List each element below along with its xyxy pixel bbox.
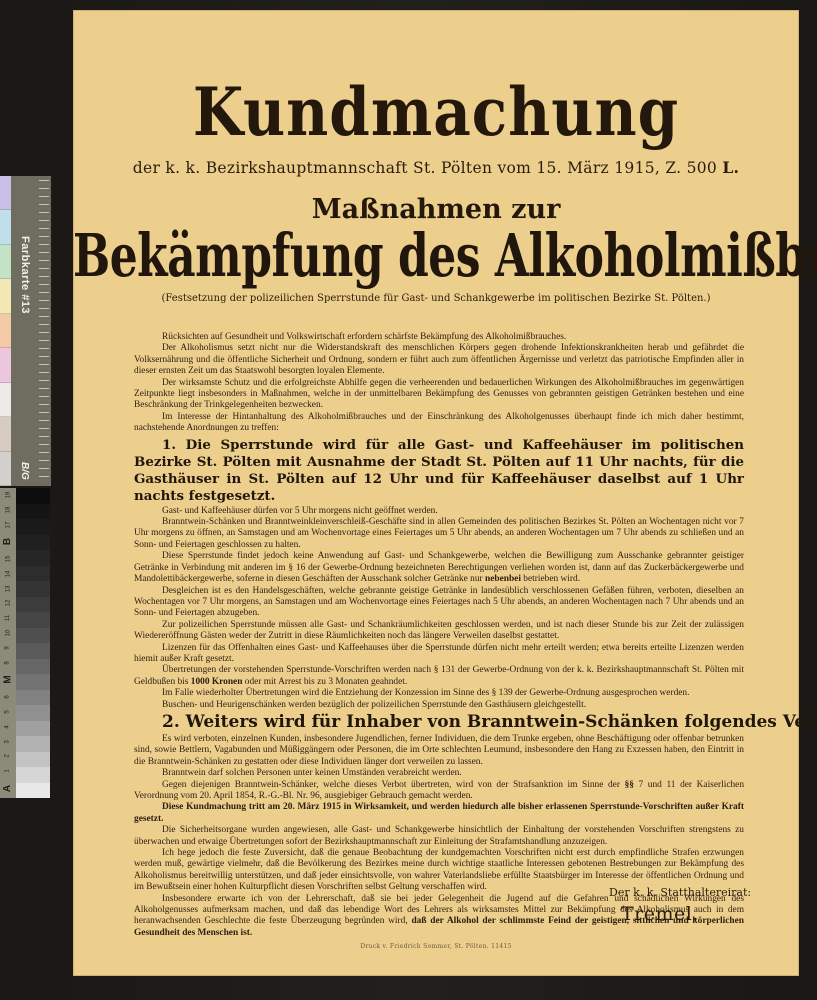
gray-step-label: 14 bbox=[5, 571, 11, 578]
gray-step bbox=[16, 581, 50, 597]
document-body: Rücksichten auf Gesundheit und Volkswirt… bbox=[134, 332, 744, 939]
color-swatch bbox=[0, 348, 11, 382]
color-swatch bbox=[0, 383, 11, 417]
issuer-text: der k. k. Bezirkshauptmannschaft St. Pöl… bbox=[133, 159, 717, 177]
intro-paragraph: Der Alkoholismus setzt nicht nur die Wid… bbox=[134, 343, 744, 377]
gray-step bbox=[16, 519, 50, 535]
gray-step bbox=[16, 721, 50, 737]
intro-paragraph: Der wirksamste Schutz und die erfolgreic… bbox=[134, 378, 744, 412]
gray-step bbox=[16, 535, 50, 551]
color-swatch bbox=[0, 279, 11, 313]
gray-step-label: 17 bbox=[5, 521, 11, 528]
gray-step-label: 15 bbox=[5, 556, 11, 563]
fine-amount: 1000 Kronen bbox=[191, 677, 243, 687]
gray-step bbox=[16, 628, 50, 644]
gray-step bbox=[16, 488, 50, 504]
gray-step bbox=[16, 783, 50, 799]
gray-step bbox=[16, 752, 50, 768]
gray-step-label: 3 bbox=[5, 740, 11, 743]
color-calibration-chart: Farbkarte #13 B/G 191817B15141312111098M… bbox=[0, 176, 51, 798]
gray-step bbox=[16, 674, 50, 690]
section-2-heading: 2. Weiters wird für Inhaber von Branntwe… bbox=[134, 712, 744, 732]
section-2-paragraph: Es wird verboten, einzelnen Kunden, insb… bbox=[134, 734, 744, 768]
gray-step bbox=[16, 736, 50, 752]
gray-step bbox=[16, 643, 50, 659]
section-1-paragraph: Zur polizeilichen Sperrstunde müssen all… bbox=[134, 620, 744, 643]
gray-step bbox=[16, 566, 50, 582]
signature: Tremel. bbox=[621, 903, 699, 925]
gray-step bbox=[16, 504, 50, 520]
gray-step-label: 8 bbox=[5, 661, 11, 664]
color-swatch bbox=[0, 210, 11, 244]
color-swatch bbox=[0, 417, 11, 451]
gray-step-label: 2 bbox=[5, 755, 11, 758]
color-swatch bbox=[0, 245, 11, 279]
effective-date-text: Diese Kundmachung tritt am 20. März 1915… bbox=[134, 802, 744, 823]
text-run: Gegen diejenigen Branntwein-Schänker, we… bbox=[162, 780, 620, 790]
text-run: betrieben wird. bbox=[523, 574, 580, 584]
gray-step-label: 10 bbox=[5, 630, 11, 637]
section-1-paragraph: Buschen- und Heurigenschänken werden bez… bbox=[134, 700, 744, 711]
gray-step-label: 19 bbox=[5, 492, 11, 499]
text-run: oder mit Arrest bis zu 3 Monaten geahnde… bbox=[245, 677, 407, 687]
gray-step bbox=[16, 767, 50, 783]
intro-paragraph: Rücksichten auf Gesundheit und Volkswirt… bbox=[134, 332, 744, 343]
section-1-paragraph: Desgleichen ist es den Handelsgeschäften… bbox=[134, 586, 744, 620]
section-symbol: §§ bbox=[625, 780, 634, 790]
gray-step-label: 13 bbox=[5, 585, 11, 592]
gray-step-label: A bbox=[2, 785, 13, 792]
ruler-upper: Farbkarte #13 B/G bbox=[11, 176, 51, 486]
gray-step-label: 12 bbox=[5, 600, 11, 607]
gray-step-label: 9 bbox=[5, 646, 11, 649]
emphasis-text: nebenbei bbox=[485, 574, 521, 584]
printer-imprint: Druck v. Friedrich Sommer, St. Pölten. 1… bbox=[73, 943, 799, 950]
ruler-ticks bbox=[39, 180, 49, 482]
effective-date-paragraph: Diese Kundmachung tritt am 20. März 1915… bbox=[134, 802, 744, 825]
gray-step-label: 5 bbox=[5, 710, 11, 713]
section-1-paragraph: Diese Sperrstunde findet jedoch keine An… bbox=[134, 551, 744, 585]
section-2-paragraph: Gegen diejenigen Branntwein-Schänker, we… bbox=[134, 780, 744, 803]
heading-line-1: Maßnahmen zur bbox=[73, 194, 799, 225]
gray-scale-chart: 191817B15141312111098M654321A bbox=[0, 488, 51, 798]
section-2-paragraph: Die Sicherheitsorgane wurden angewiesen,… bbox=[134, 825, 744, 848]
intro-paragraph: Im Interesse der Hintanhaltung des Alkoh… bbox=[134, 412, 744, 435]
gray-step bbox=[16, 597, 50, 613]
section-1-paragraph: Übertretungen der vorstehenden Sperrstun… bbox=[134, 665, 744, 688]
parenthetical-subtitle: (Festsetzung der polizeilichen Sperrstun… bbox=[73, 293, 799, 304]
gray-step-label: B bbox=[2, 538, 13, 545]
gray-step-label: 1 bbox=[5, 769, 11, 772]
section-1-paragraph: Branntwein-Schänken und Branntweinkleinv… bbox=[134, 517, 744, 551]
color-chart-brand: B/G bbox=[19, 462, 30, 480]
gray-step-label: 18 bbox=[5, 506, 11, 513]
gray-step-label: 11 bbox=[5, 615, 11, 621]
gray-step bbox=[16, 659, 50, 675]
section-1-paragraph: Gast- und Kaffeehäuser dürfen vor 5 Uhr … bbox=[134, 506, 744, 517]
heading-line-2: Bekämpfung des Alkoholmißbrauches bbox=[73, 222, 799, 291]
color-swatch bbox=[0, 176, 11, 210]
color-swatch bbox=[0, 452, 11, 486]
gray-scale-labels: 191817B15141312111098M654321A bbox=[2, 492, 14, 794]
gray-step-label: 4 bbox=[5, 725, 11, 728]
section-1-paragraph: Im Falle wiederholter Übertretungen wird… bbox=[134, 688, 744, 699]
gray-step bbox=[16, 690, 50, 706]
gray-step bbox=[16, 550, 50, 566]
section-1-paragraph: Lizenzen für das Offenhalten eines Gast-… bbox=[134, 643, 744, 666]
gray-step bbox=[16, 705, 50, 721]
ruler-lower: 191817B15141312111098M654321A bbox=[0, 488, 16, 798]
color-swatch bbox=[0, 314, 11, 348]
gray-step-label: 6 bbox=[5, 695, 11, 698]
issuer-line: der k. k. Bezirkshauptmannschaft St. Pöl… bbox=[73, 158, 799, 177]
section-1-heading: 1. Die Sperrstunde wird für alle Gast- u… bbox=[134, 437, 744, 505]
document-title: Kundmachung bbox=[73, 73, 799, 151]
text-run: Diese Sperrstunde findet jedoch keine An… bbox=[134, 551, 744, 584]
gray-step bbox=[16, 612, 50, 628]
signer-title: Der k. k. Statthaltereirat: bbox=[609, 886, 751, 899]
color-chart-label: Farbkarte #13 bbox=[19, 236, 31, 314]
issuer-suffix: L. bbox=[722, 158, 739, 177]
section-2-paragraph: Branntwein darf solchen Personen unter k… bbox=[134, 768, 744, 779]
color-swatches bbox=[0, 176, 11, 486]
poster-sheet: Kundmachung der k. k. Bezirkshauptmannsc… bbox=[73, 10, 799, 976]
gray-step-wedge bbox=[16, 488, 50, 798]
gray-step-label: M bbox=[3, 676, 14, 684]
color-chart-upper: Farbkarte #13 B/G bbox=[0, 176, 51, 486]
